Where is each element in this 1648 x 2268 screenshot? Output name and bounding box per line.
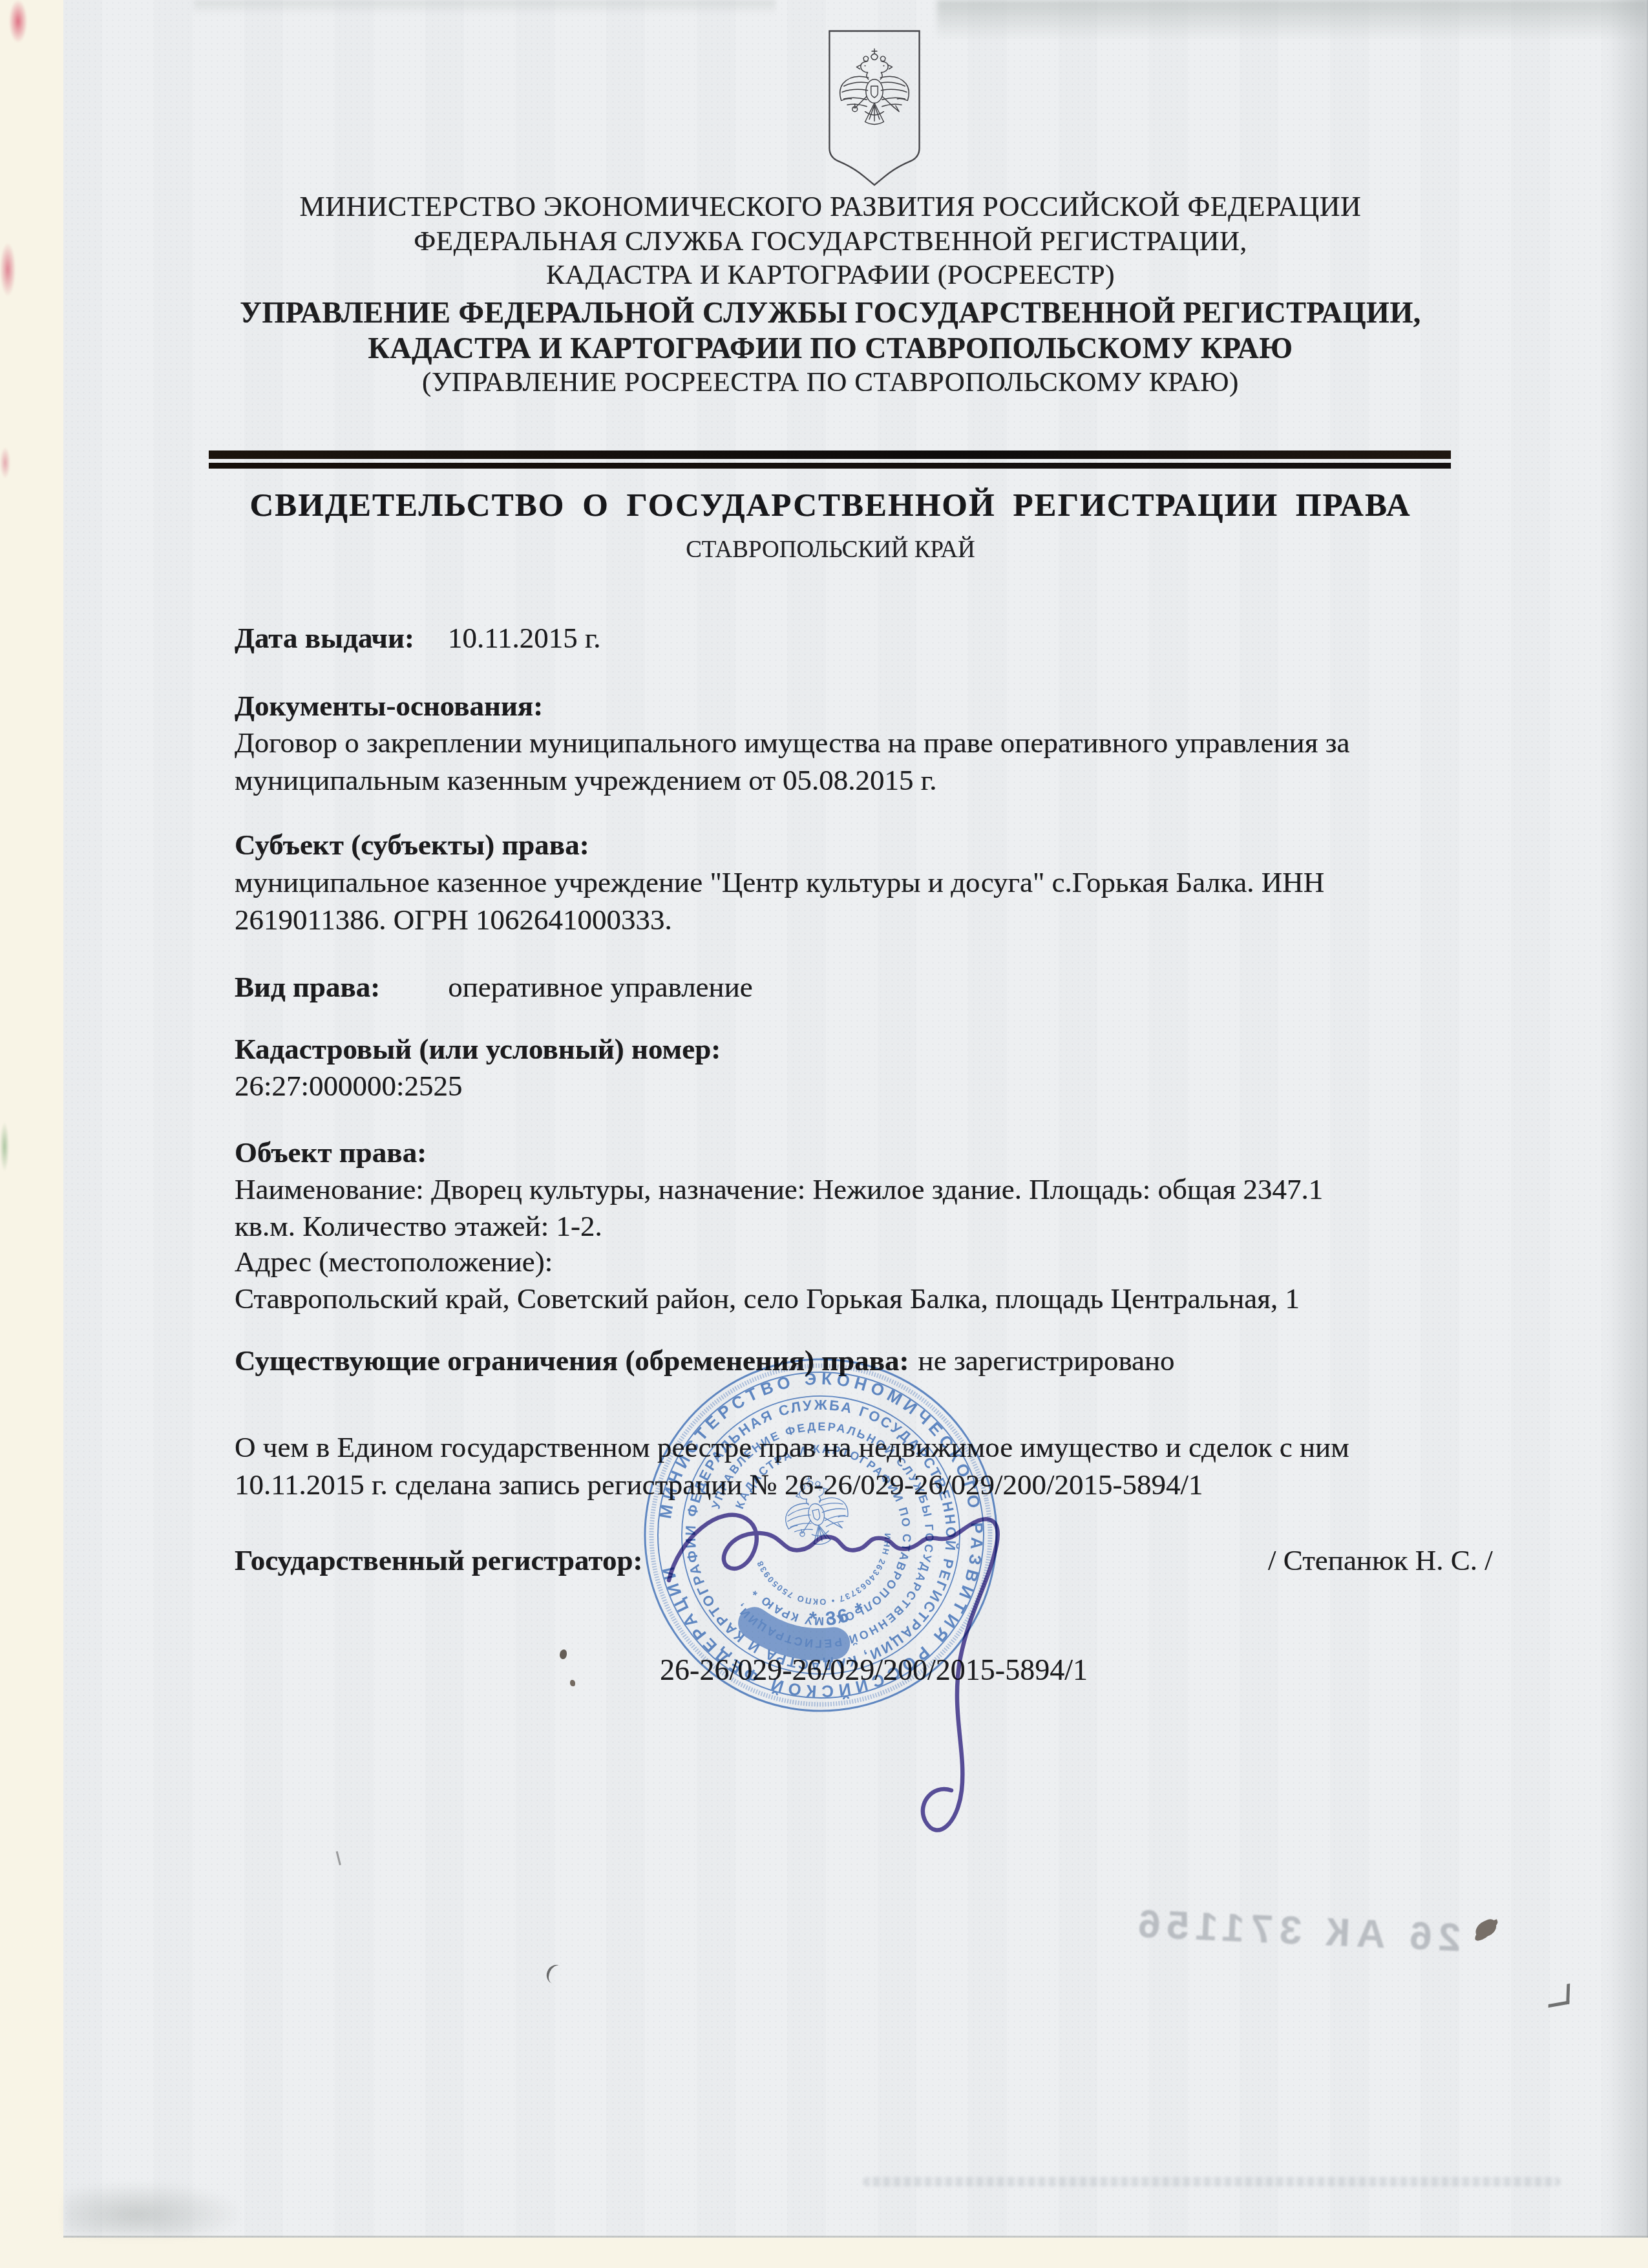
field-right-type: Вид права:оперативное управление: [235, 970, 1459, 1004]
signature-stroke: [669, 1515, 998, 1830]
header-office-line1: УПРАВЛЕНИЕ ФЕДЕРАЛЬНОЙ СЛУЖБЫ ГОСУДАРСТВ…: [207, 295, 1454, 330]
scanned-certificate-page: { "document": { "header": { "ministry": …: [0, 0, 1648, 2268]
object-line: Наименование: Дворец культуры, назначени…: [235, 1172, 1459, 1206]
basis-label: Документы-основания:: [235, 689, 1459, 723]
double-headed-eagle-icon: [840, 48, 909, 124]
bleed-through-fine-print: [863, 2177, 1561, 2187]
registrar-name: / Степанюк Н. С. /: [1268, 1543, 1493, 1577]
red-ink-smudge: [9, 0, 27, 43]
page-title: СВИДЕТЕЛЬСТВО О ГОСУДАРСТВЕННОЙ РЕГИСТРА…: [207, 487, 1454, 524]
subject-label: Субъект (субъекты) права:: [235, 828, 1459, 862]
red-ink-smudge: [0, 447, 10, 478]
basis-line: муниципальным казенным учреждением от 05…: [235, 763, 1459, 797]
basis-line: Договор о закреплении муниципального иму…: [235, 726, 1459, 759]
address-value: Ставропольский край, Советский район, се…: [235, 1282, 1459, 1315]
registrar-signature: [633, 1441, 1099, 1894]
certificate-page: МИНИСТЕРСТВО ЭКОНОМИЧЕСКОГО РАЗВИТИЯ РОС…: [0, 0, 1648, 2268]
subject-line: муниципальное казенное учреждение "Центр…: [235, 865, 1459, 899]
header-ministry: МИНИСТЕРСТВО ЭКОНОМИЧЕСКОГО РАЗВИТИЯ РОС…: [207, 190, 1454, 223]
object-label: Объект права:: [235, 1136, 1459, 1169]
page-subtitle: СТАВРОПОЛЬСКИЙ КРАЙ: [207, 536, 1454, 564]
field-issue-date: Дата выдачи:10.11.2015 г.: [235, 621, 1459, 655]
subject-line: 2619011386. ОГРН 1062641000333.: [235, 903, 1459, 937]
address-label: Адрес (местоположение):: [235, 1245, 1459, 1278]
header-service-line1: ФЕДЕРАЛЬНАЯ СЛУЖБА ГОСУДАРСТВЕННОЙ РЕГИС…: [207, 226, 1454, 257]
separator-bar-thin: [209, 463, 1451, 469]
red-ink-smudge: [0, 243, 16, 296]
cadastral-value: 26:27:000000:2525: [235, 1069, 1459, 1103]
green-ink-smudge: [0, 1122, 9, 1171]
separator-rule: [209, 450, 1451, 469]
header-office-line2: КАДАСТРА И КАРТОГРАФИИ ПО СТАВРОПОЛЬСКОМ…: [207, 331, 1454, 365]
right-type-label: Вид права:: [235, 971, 380, 1003]
issue-date-value: 10.11.2015 г.: [448, 622, 601, 654]
coat-of-arms-emblem: [822, 25, 927, 194]
cadastral-label: Кадастровый (или условный) номер:: [235, 1032, 1459, 1066]
object-line: кв.м. Количество этажей: 1-2.: [235, 1209, 1459, 1243]
header-office-line3: (УПРАВЛЕНИЕ РОСРЕЕСТРА ПО СТАВРОПОЛЬСКОМ…: [207, 366, 1454, 398]
right-type-value: оперативное управление: [448, 971, 753, 1003]
issue-date-label: Дата выдачи:: [235, 622, 414, 654]
separator-bar-thick: [209, 450, 1451, 459]
header-service-line2: КАДАСТРА И КАРТОГРАФИИ (РОСРЕЕСТР): [207, 259, 1454, 291]
